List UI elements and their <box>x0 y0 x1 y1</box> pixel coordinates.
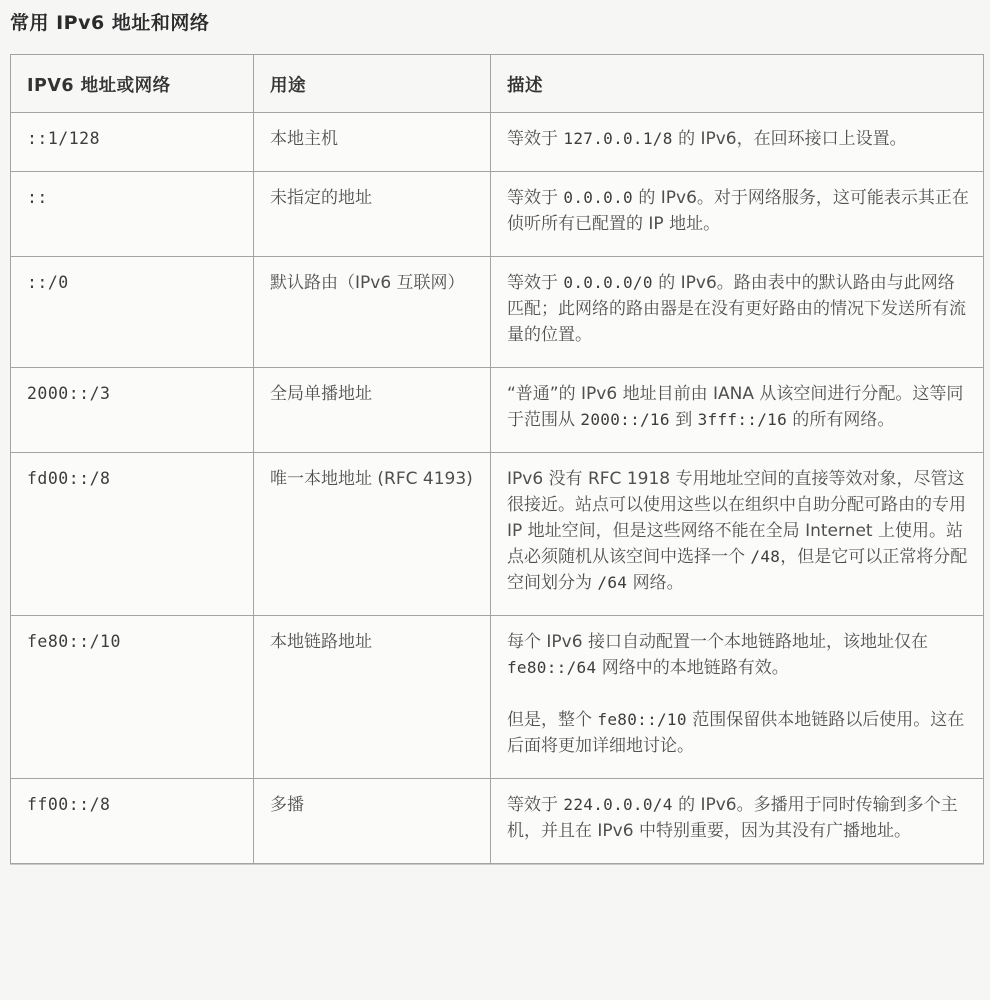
text-run: 的 IPv6，在回环接口上设置。 <box>673 129 907 149</box>
inline-code: 224.0.0.0/4 <box>563 795 672 814</box>
inline-code: fe80::/64 <box>507 658 596 677</box>
cell-purpose: 默认路由（IPv6 互联网） <box>254 257 491 368</box>
cell-address: ff00::/8 <box>11 779 254 864</box>
cell-description: 等效于 0.0.0.0 的 IPv6。对于网络服务，这可能表示其正在侦听所有已配… <box>491 172 984 257</box>
inline-code: 0.0.0.0/0 <box>563 273 652 292</box>
table-row: ::/0 默认路由（IPv6 互联网） 等效于 0.0.0.0/0 的 IPv6… <box>11 257 984 368</box>
text-run: 等效于 <box>507 273 563 293</box>
text-run: 等效于 <box>507 188 563 208</box>
cell-purpose: 本地主机 <box>254 113 491 172</box>
cell-address: ::1/128 <box>11 113 254 172</box>
text-run: 网络。 <box>627 573 683 593</box>
ipv6-address-table: IPV6 地址或网络 用途 描述 ::1/128 本地主机 等效于 127.0.… <box>10 54 984 864</box>
cell-address: ::/0 <box>11 257 254 368</box>
document-page: 常用 IPv6 地址和网络 IPV6 地址或网络 用途 描述 ::1/128 本… <box>0 0 990 1000</box>
cell-address: fe80::/10 <box>11 616 254 779</box>
text-run: 到 <box>670 410 698 430</box>
text-run: 但是，整个 <box>507 710 597 730</box>
text-run: 每个 IPv6 接口自动配置一个本地链路地址，该地址仅在 <box>507 632 928 652</box>
table-row: :: 未指定的地址 等效于 0.0.0.0 的 IPv6。对于网络服务，这可能表… <box>11 172 984 257</box>
column-header-description: 描述 <box>491 55 984 113</box>
cell-purpose: 唯一本地地址 (RFC 4193) <box>254 453 491 616</box>
cell-address: :: <box>11 172 254 257</box>
table-row: fe80::/10 本地链路地址 每个 IPv6 接口自动配置一个本地链路地址，… <box>11 616 984 779</box>
cell-address: 2000::/3 <box>11 368 254 453</box>
text-run: 等效于 <box>507 129 563 149</box>
cell-description: 等效于 127.0.0.1/8 的 IPv6，在回环接口上设置。 <box>491 113 984 172</box>
table-header-row: IPV6 地址或网络 用途 描述 <box>11 55 984 113</box>
text-run: 网络中的本地链路有效。 <box>596 658 788 678</box>
column-header-address: IPV6 地址或网络 <box>11 55 254 113</box>
table-row: ff00::/8 多播 等效于 224.0.0.0/4 的 IPv6。多播用于同… <box>11 779 984 864</box>
cell-purpose: 未指定的地址 <box>254 172 491 257</box>
inline-code: /64 <box>597 573 627 592</box>
cell-description: 等效于 224.0.0.0/4 的 IPv6。多播用于同时传输到多个主机，并且在… <box>491 779 984 864</box>
cell-description: “普通”的 IPv6 地址目前由 IANA 从该空间进行分配。这等同于范围从 2… <box>491 368 984 453</box>
cell-purpose: 本地链路地址 <box>254 616 491 779</box>
cell-description: 每个 IPv6 接口自动配置一个本地链路地址，该地址仅在 fe80::/64 网… <box>491 616 984 779</box>
cell-description: 等效于 0.0.0.0/0 的 IPv6。路由表中的默认路由与此网络匹配；此网络… <box>491 257 984 368</box>
page-title: 常用 IPv6 地址和网络 <box>10 8 985 35</box>
inline-code: /48 <box>750 547 780 566</box>
cell-address: fd00::/8 <box>11 453 254 616</box>
cell-purpose: 全局单播地址 <box>254 368 491 453</box>
table-row: ::1/128 本地主机 等效于 127.0.0.1/8 的 IPv6，在回环接… <box>11 113 984 172</box>
column-header-purpose: 用途 <box>254 55 491 113</box>
inline-code: fe80::/10 <box>597 710 686 729</box>
text-run: 等效于 <box>507 795 563 815</box>
inline-code: 127.0.0.1/8 <box>563 129 672 148</box>
cell-description: IPv6 没有 RFC 1918 专用地址空间的直接等效对象，尽管这很接近。站点… <box>491 453 984 616</box>
table-row: 2000::/3 全局单播地址 “普通”的 IPv6 地址目前由 IANA 从该… <box>11 368 984 453</box>
inline-code: 3fff::/16 <box>698 410 787 429</box>
cell-purpose: 多播 <box>254 779 491 864</box>
inline-code: 0.0.0.0 <box>563 188 633 207</box>
text-run: 的所有网络。 <box>787 410 894 430</box>
table-row: fd00::/8 唯一本地地址 (RFC 4193) IPv6 没有 RFC 1… <box>11 453 984 616</box>
inline-code: 2000::/16 <box>580 410 669 429</box>
